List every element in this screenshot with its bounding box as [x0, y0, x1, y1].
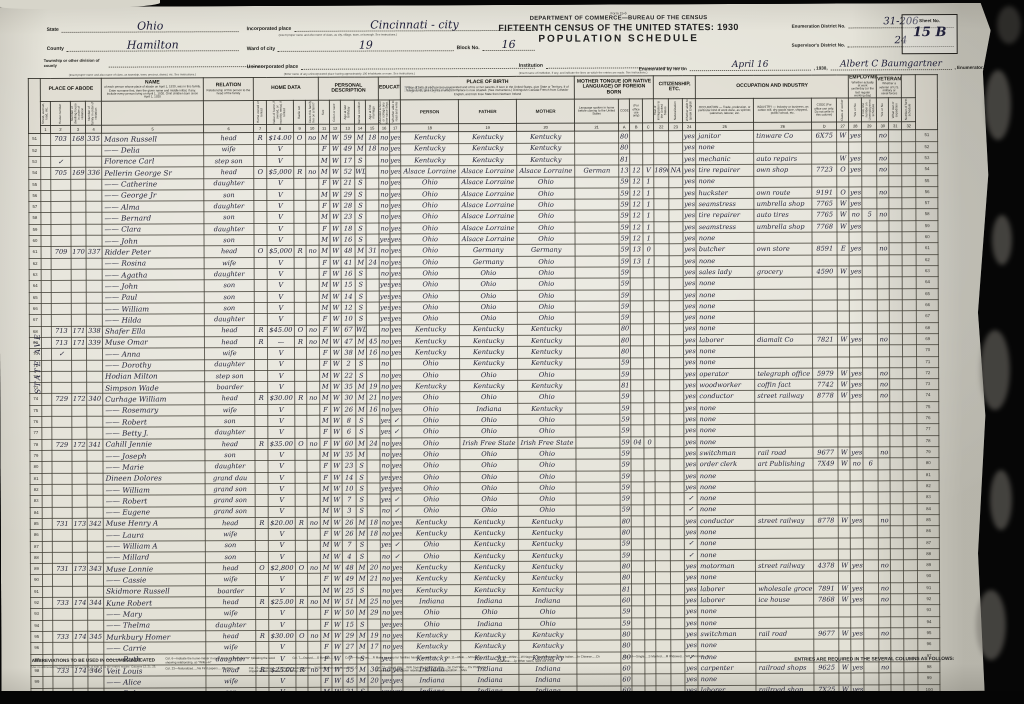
cell [41, 258, 51, 269]
cell [670, 312, 684, 323]
cell: yes [849, 164, 862, 175]
column-number: 11 [319, 125, 330, 133]
cell [889, 187, 902, 198]
cell: —— Paul [102, 291, 204, 303]
cell: 172 [72, 394, 87, 405]
cell [656, 629, 671, 640]
line-number-cell: 63 [916, 266, 938, 277]
cell: no [379, 211, 390, 222]
cell: yes [683, 131, 696, 142]
cell [41, 281, 51, 292]
cell: F [319, 268, 330, 279]
cell: yes [390, 291, 401, 302]
column-sublabel: Number of farm schedule [902, 98, 916, 122]
cell: S [355, 189, 366, 200]
cell [73, 677, 88, 688]
cell: Irish Free State [518, 437, 576, 449]
cell: V [268, 483, 295, 494]
cell: —— John [102, 235, 204, 247]
column-sublabel: Street, avenue, road, etc. [40, 102, 50, 126]
cell: V [269, 574, 296, 585]
cell [575, 143, 619, 155]
column-sublabel [203, 101, 253, 125]
cell [71, 224, 86, 235]
cell [902, 175, 916, 186]
cell [644, 470, 655, 481]
cell [654, 210, 669, 221]
cell: 7 [342, 540, 356, 551]
cell [655, 346, 670, 357]
cell: 170 [71, 247, 86, 258]
cell: —— William [103, 484, 205, 496]
scan-blotch [980, 330, 1010, 410]
cell [306, 280, 319, 291]
cell [575, 233, 619, 245]
cell: W [332, 675, 343, 686]
cell: no [878, 368, 890, 379]
cell: Ohio [402, 505, 460, 517]
cell [849, 277, 862, 288]
cell [863, 413, 878, 424]
cell [643, 154, 654, 165]
cell: S [356, 483, 367, 494]
cell: Kentucky [403, 641, 461, 653]
cell: no [380, 528, 391, 539]
cell [51, 258, 71, 269]
cell: Kentucky [517, 154, 575, 166]
cell [890, 334, 903, 345]
cell [41, 190, 51, 201]
cell: 21 [341, 178, 355, 189]
cell: daughter [205, 427, 255, 439]
cell [255, 450, 268, 461]
legend-item: Col. 9—Radio set.....R Make no entry for… [345, 656, 436, 664]
cell [862, 255, 877, 266]
cell [255, 348, 268, 359]
cell [52, 450, 72, 461]
cell [576, 437, 620, 449]
cell: yes [381, 675, 392, 686]
cell: own shop [754, 164, 812, 176]
cell [754, 142, 812, 154]
cell [575, 256, 619, 268]
cell [877, 175, 889, 186]
cell: diamalt Co [755, 334, 813, 346]
cell: —— Thelma [104, 620, 206, 632]
cell [632, 550, 645, 561]
cell: 12 [630, 199, 643, 210]
cell [670, 369, 684, 380]
cell [655, 425, 670, 436]
cell [52, 484, 72, 495]
cell: —— Alice [104, 676, 206, 688]
cell [889, 243, 902, 254]
cell: Ohio [517, 188, 575, 200]
cell: no [878, 379, 890, 390]
cell: 10 [341, 313, 355, 324]
cell [367, 370, 380, 381]
cell: none [698, 674, 756, 686]
cell: 29 [368, 607, 381, 618]
cell [295, 529, 307, 540]
cell: Kentucky [460, 347, 518, 359]
cell [575, 199, 619, 211]
cell: 4378 [814, 560, 839, 571]
cell [71, 281, 86, 292]
cell [656, 561, 671, 572]
cell [903, 379, 917, 390]
cell [643, 301, 654, 312]
cell: Ohio [403, 607, 461, 619]
cell [838, 413, 850, 424]
cell: 7723 [812, 164, 837, 175]
cell [813, 526, 838, 537]
cell: Ohio [401, 279, 459, 291]
cell [71, 156, 86, 167]
cell [902, 187, 916, 198]
cell: S [356, 506, 367, 517]
cell: Kentucky [459, 143, 517, 155]
cell: yes [683, 199, 696, 210]
cell: W [330, 178, 341, 189]
cell [863, 424, 878, 435]
cell [863, 481, 878, 492]
column-number: 10 [306, 125, 319, 133]
cell: son [204, 280, 254, 292]
cell: M [355, 132, 366, 143]
cell: head [205, 438, 255, 450]
cell: 59 [620, 391, 631, 402]
column-sublabel: Marital condition [355, 100, 366, 124]
cell [670, 470, 684, 481]
cell [51, 269, 71, 280]
cell: M [356, 528, 367, 539]
line-number-cell: 99 [31, 677, 43, 688]
cell: 80 [621, 640, 632, 651]
cell: yes [392, 596, 403, 607]
cell: daughter [204, 201, 254, 213]
cell: yes [850, 515, 863, 526]
cell [575, 244, 619, 256]
group-desc: Place of birth of each person enumerated… [401, 86, 574, 97]
column-sublabel [643, 99, 654, 123]
column-number: 22 [654, 123, 669, 131]
cell: 80 [620, 324, 631, 335]
cell: 59 [621, 550, 632, 561]
cell: Ohio [518, 460, 576, 472]
cell: V [268, 506, 295, 517]
cell [575, 301, 619, 313]
cell [644, 425, 655, 436]
cell [850, 424, 863, 435]
cell: WD [355, 325, 366, 336]
cell: no [306, 325, 319, 336]
group-header: EDUCATION [378, 77, 400, 100]
cell [669, 301, 683, 312]
cell [670, 335, 684, 346]
cell: Kentucky [402, 517, 460, 529]
cell [42, 530, 52, 541]
cell: no [306, 133, 319, 144]
cell [839, 538, 851, 549]
cell [878, 503, 890, 514]
cell: 729 [52, 394, 72, 405]
cell: 80 [620, 516, 631, 527]
cell: Kentucky [517, 131, 575, 143]
cell [645, 561, 656, 572]
cell: Muse Lonnie [103, 563, 205, 575]
cell: yes [684, 482, 697, 493]
cell: no [879, 560, 891, 571]
cell [655, 335, 670, 346]
cell: 9677 [814, 628, 839, 639]
cell [863, 322, 878, 333]
cell: yes [684, 312, 697, 323]
cell [576, 380, 620, 392]
cell [903, 311, 917, 322]
cell: W [839, 560, 851, 571]
cell [670, 504, 684, 515]
cell: 341 [87, 439, 103, 450]
cell: O [254, 246, 267, 257]
cell: yes [685, 595, 698, 606]
cell: no [877, 209, 889, 220]
cell [366, 313, 379, 324]
cell: V [269, 642, 296, 653]
cell: 48 [341, 246, 355, 257]
cell: M [319, 155, 330, 166]
cell: 7765 [812, 198, 837, 209]
cell [654, 131, 669, 142]
cell [670, 436, 684, 447]
cell: O [295, 438, 307, 449]
cell: O [255, 563, 268, 574]
cell: 12 [341, 302, 355, 313]
cell: yes [392, 619, 403, 630]
cell [42, 552, 52, 563]
cell: Ohio [517, 279, 575, 291]
sheet-number-box: Sheet No. 15 B [902, 14, 958, 54]
cell: W [331, 393, 342, 404]
cell: W [838, 447, 850, 458]
cell: yes [684, 346, 697, 357]
column-sublabel: Year of immigration to the United States [654, 99, 669, 123]
line-number-cell: 94 [918, 616, 940, 627]
line-number-cell: 58 [29, 213, 41, 224]
cell [656, 617, 671, 628]
cell: —— Laura [103, 529, 205, 541]
cell: M [357, 641, 368, 652]
cell [644, 482, 655, 493]
cell: —— Marie [103, 461, 205, 473]
cell: no [307, 393, 320, 404]
cell: 4590 [812, 266, 837, 277]
cell [850, 492, 863, 503]
cell: motorman [698, 561, 756, 573]
cell: ✓ [684, 504, 697, 515]
cell [72, 428, 87, 439]
cell: rail road [756, 628, 814, 640]
cell [879, 617, 891, 628]
cell [890, 458, 903, 469]
cell [670, 459, 684, 470]
cell [295, 495, 307, 506]
cell: 4 [342, 551, 356, 562]
cell [306, 155, 319, 166]
cell [837, 255, 849, 266]
cell: E [837, 243, 849, 254]
cell: V [269, 619, 296, 630]
cell: no [879, 594, 891, 605]
cell: S [355, 155, 366, 166]
cell: own route [754, 187, 812, 199]
cell: 338 [86, 326, 102, 337]
column-sublabel-text: Radio set [298, 106, 301, 119]
cell: yes [685, 606, 698, 617]
column-sublabel-text: Language spoken in home before coming to… [575, 106, 618, 116]
cell: 1 [643, 210, 654, 221]
cell: Ohio [459, 301, 517, 313]
cell: auto repairs [754, 153, 812, 165]
enumerated-label: Enumerated by me on [639, 66, 687, 71]
cell: S [356, 472, 367, 483]
cell: 59 [619, 290, 630, 301]
cell: M [320, 370, 331, 381]
cell: yes [379, 279, 390, 290]
cell: W [332, 608, 343, 619]
cell [890, 356, 903, 367]
column-sublabel-text: Number of farm schedule [905, 98, 912, 121]
line-number-cell: 90 [918, 571, 940, 582]
cell [308, 608, 321, 619]
cell [43, 609, 53, 620]
cell [838, 492, 850, 503]
cell [72, 484, 87, 495]
cell [86, 235, 102, 246]
cell: 18 [366, 132, 379, 143]
cell: 59 [619, 312, 630, 323]
cell: yes [391, 336, 402, 347]
cell: —— Carrie [104, 642, 206, 654]
cell: 339 [86, 337, 102, 348]
cell: Skidmore Russell [104, 586, 206, 598]
abbrev-title: ABBREVIATIONS TO BE USED IN COLUMNS INDI… [29, 657, 157, 672]
cell: 81 [620, 380, 631, 391]
cell [850, 504, 863, 515]
cell [877, 266, 889, 277]
column-sublabel: Whether able to speak English [683, 99, 696, 123]
cell: Murkbury Homer [104, 631, 206, 643]
cell [890, 368, 903, 379]
cell [308, 619, 321, 630]
cell: conductor [697, 515, 755, 527]
cell [889, 164, 902, 175]
cell: Ohio [402, 483, 460, 495]
cell: 25 [343, 585, 357, 596]
cell [669, 244, 683, 255]
cell: none [696, 255, 754, 267]
cell [255, 495, 268, 506]
cell: R [254, 336, 267, 347]
cell: W [332, 596, 343, 607]
cell: ✓ [51, 156, 71, 167]
cell: yes [685, 572, 698, 583]
cell: — [267, 336, 294, 347]
cell [307, 359, 320, 370]
sheet-label: Sheet No. [903, 18, 957, 23]
column-sublabel: Yes or No [849, 98, 862, 122]
cell [891, 526, 904, 537]
cell [575, 131, 619, 143]
cell: 59 [341, 132, 355, 143]
cell [87, 575, 103, 586]
cell [755, 481, 813, 493]
cell: W [331, 381, 342, 392]
cell: yes [850, 447, 863, 458]
cell [656, 674, 671, 685]
cell [42, 417, 52, 428]
cell: yes [390, 155, 401, 166]
cell [654, 199, 669, 210]
cell [889, 232, 902, 243]
cell [42, 564, 52, 575]
cell [42, 462, 52, 473]
cell: F [319, 144, 330, 155]
cell [878, 356, 890, 367]
cell: S [356, 494, 367, 505]
cell: 14 [341, 291, 355, 302]
cell: 731 [52, 564, 72, 575]
cell: 10 [342, 483, 356, 494]
cell [366, 291, 379, 302]
cell [864, 560, 879, 571]
cell [294, 155, 306, 166]
line-number-cell: 85 [917, 514, 939, 525]
cell [644, 380, 655, 391]
cell [904, 628, 918, 639]
cell: yes [380, 415, 391, 426]
column-sublabel-text: Yes or No [881, 103, 884, 116]
cell [891, 549, 904, 560]
cell [294, 144, 306, 155]
cell: yes [380, 494, 391, 505]
cell [813, 345, 838, 356]
cell: 9191 [812, 187, 837, 198]
cell: yes [391, 347, 402, 358]
group-header: RELATIONRelationship of this person to t… [203, 78, 253, 102]
cell [643, 312, 654, 323]
cell [839, 571, 851, 582]
column-sublabel-text: Sex [322, 110, 325, 115]
cell [903, 515, 917, 526]
column-sublabel-text: Age at first marriage [369, 101, 376, 124]
cell [308, 642, 321, 653]
cell: yes [849, 221, 862, 232]
cell [863, 436, 878, 447]
cell [654, 244, 669, 255]
cell [877, 277, 889, 288]
street-name-vertical: STATE AVE [33, 307, 42, 419]
cell [73, 620, 88, 631]
cell [655, 448, 670, 459]
title-block: Form 15-6 DEPARTMENT OF COMMERCE—BUREAU … [451, 11, 787, 45]
cell [890, 469, 903, 480]
cell [42, 473, 52, 484]
cell [813, 492, 838, 503]
cell [902, 277, 916, 288]
cell [87, 382, 103, 393]
line-number-cell: 85 [30, 518, 42, 529]
